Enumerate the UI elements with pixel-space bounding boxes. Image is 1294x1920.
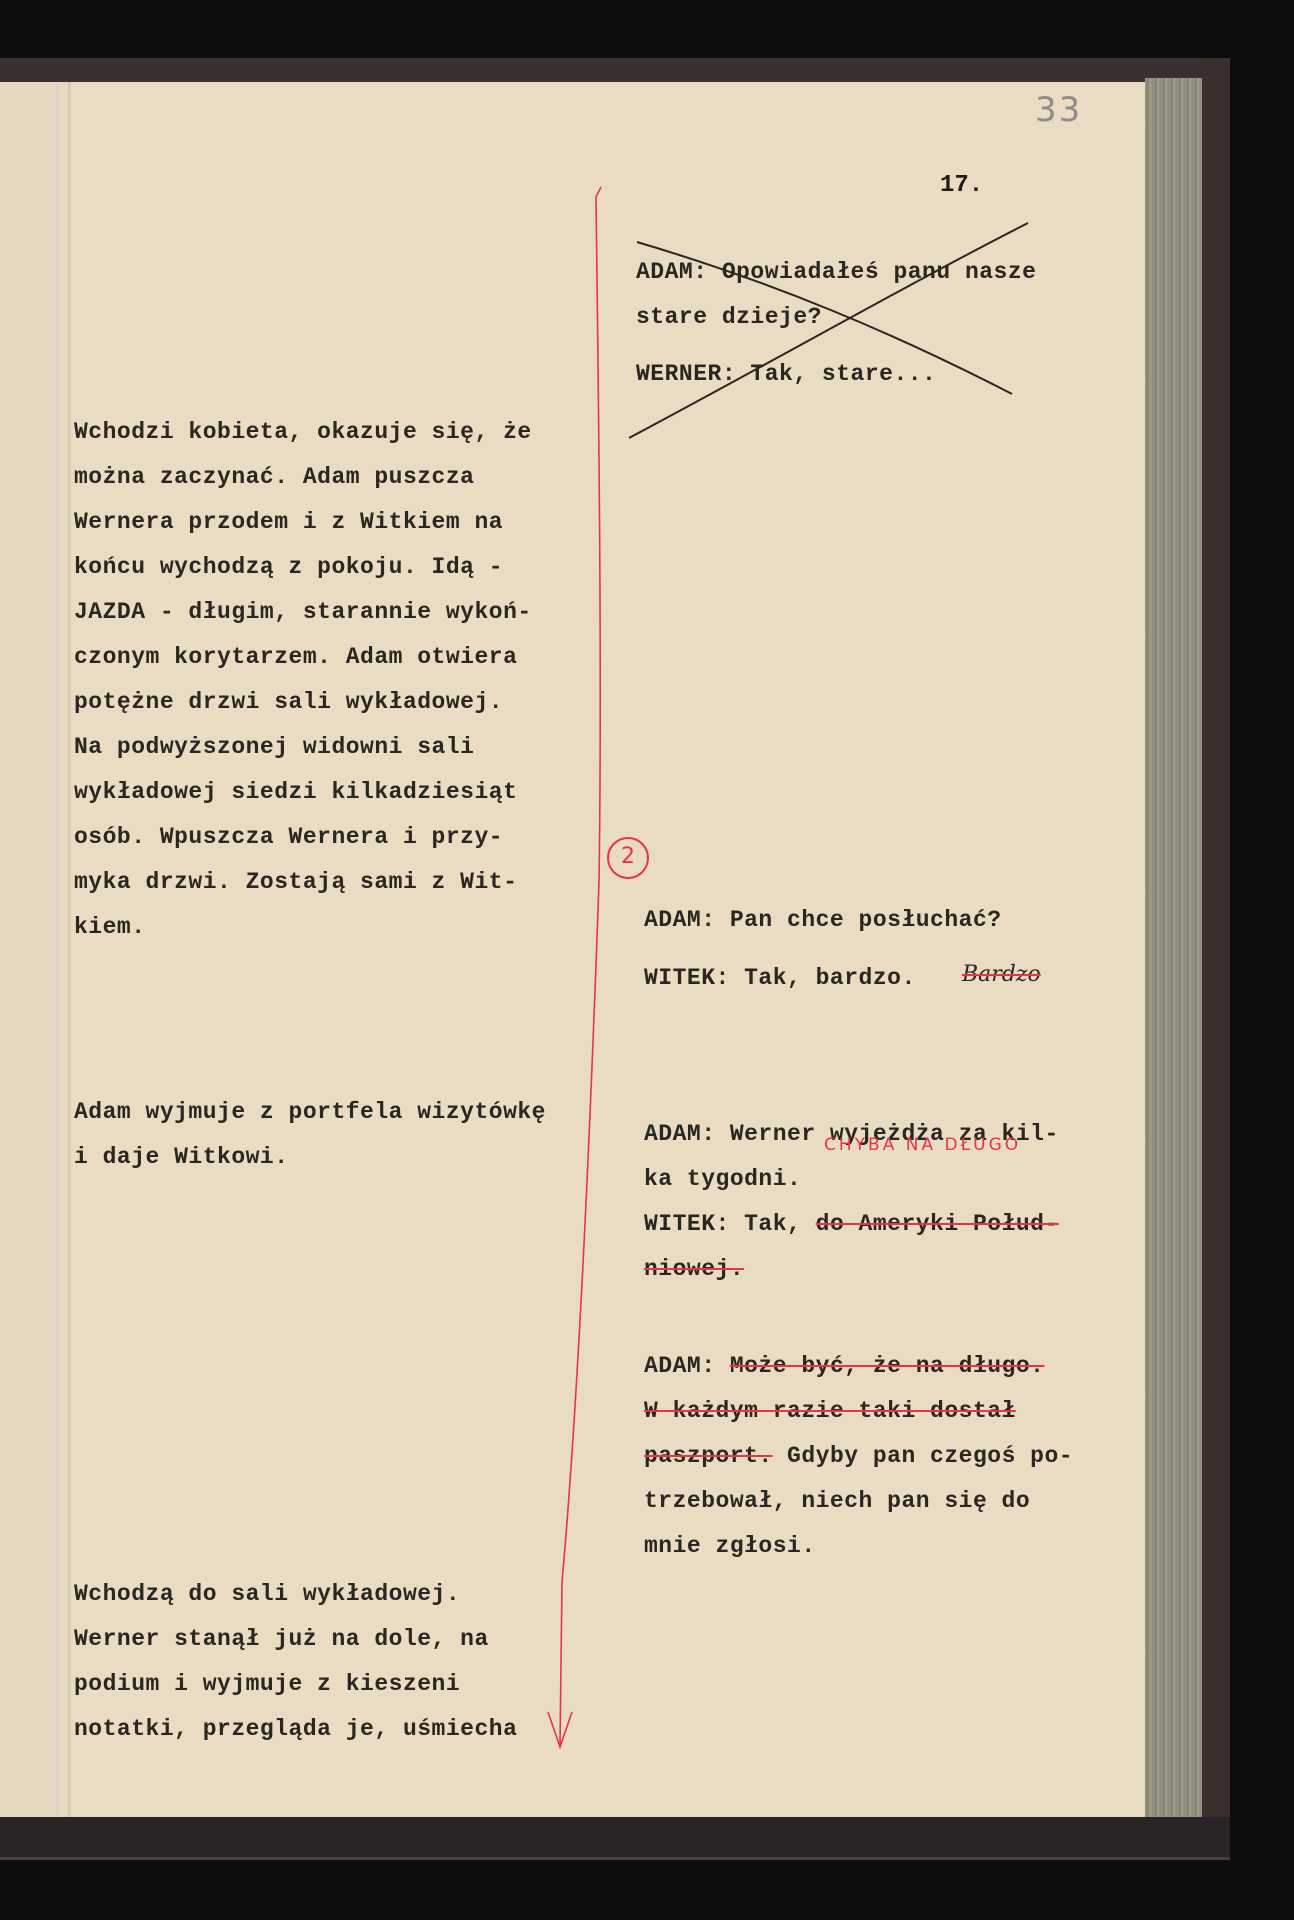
page-fold-line (56, 82, 58, 1817)
red-continuation-arrow (548, 187, 601, 1747)
book-cover-right (1200, 58, 1230, 1858)
book-cover-bottom (0, 1817, 1230, 1860)
markup-overlay (72, 82, 1145, 1817)
page-stack-edge (1145, 78, 1202, 1820)
book-cover-top (0, 58, 1230, 84)
cross-out-x-mark (629, 223, 1028, 438)
typescript-page: 33 17. Wchodzi kobieta, okazuje się, że … (72, 82, 1145, 1817)
previous-page-strip (0, 82, 72, 1817)
